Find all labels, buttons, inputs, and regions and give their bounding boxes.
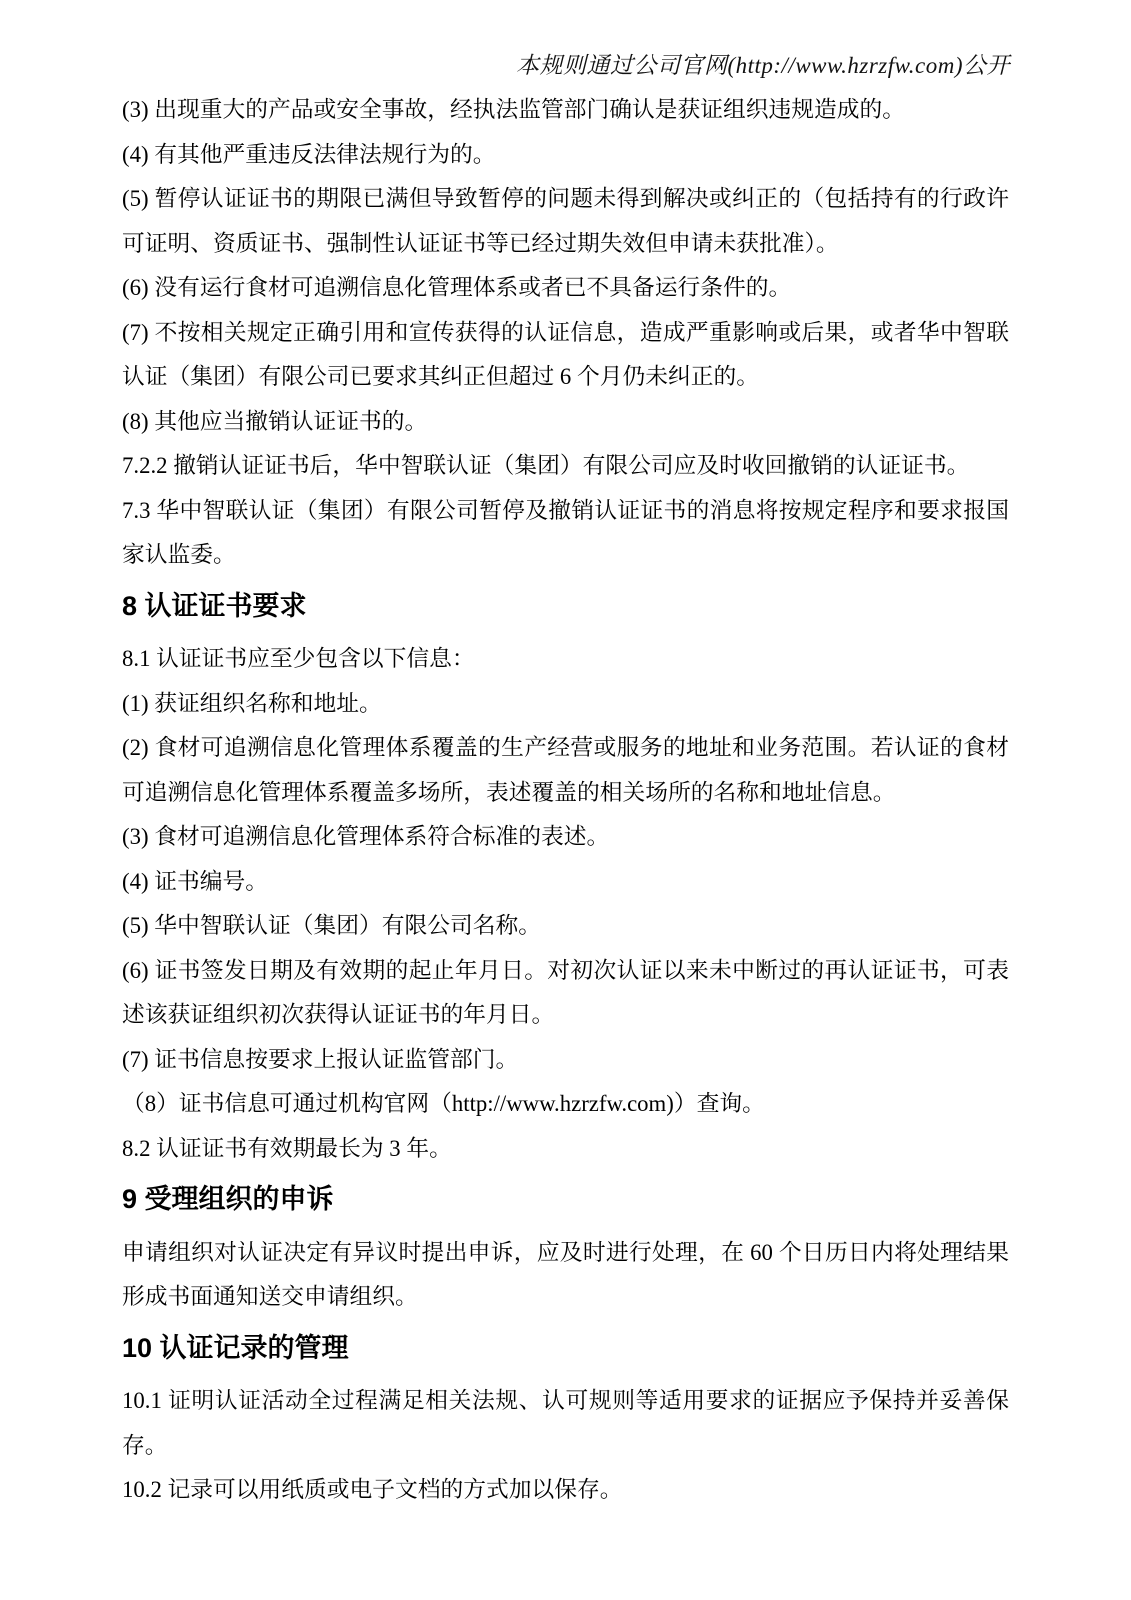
clause-8-1: 8.1 认证证书应至少包含以下信息： (122, 637, 1009, 682)
clause-7-2-1-item-8: (8) 其他应当撤销认证证书的。 (122, 400, 1009, 445)
clause-9-body: 申请组织对认证决定有异议时提出申诉，应及时进行处理，在 60 个日历日内将处理结… (122, 1231, 1009, 1320)
clause-10-2: 10.2 记录可以用纸质或电子文档的方式加以保存。 (122, 1468, 1009, 1513)
clause-8-1-item-8: （8）证书信息可通过机构官网（http://www.hzrzfw.com)）查询… (122, 1082, 1009, 1127)
clause-8-1-item-3: (3) 食材可追溯信息化管理体系符合标准的表述。 (122, 815, 1009, 860)
clause-10-1: 10.1 证明认证活动全过程满足相关法规、认可规则等适用要求的证据应予保持并妥善… (122, 1379, 1009, 1468)
clause-7-2-1-item-3: (3) 出现重大的产品或安全事故，经执法监管部门确认是获证组织违规造成的。 (122, 88, 1009, 133)
clause-7-2-1-item-6: (6) 没有运行食材可追溯信息化管理体系或者已不具备运行条件的。 (122, 266, 1009, 311)
section-8-heading: 8 认证证书要求 (122, 584, 1009, 629)
section-10-heading: 10 认证记录的管理 (122, 1326, 1009, 1371)
clause-7-2-1-item-4: (4) 有其他严重违反法律法规行为的。 (122, 133, 1009, 178)
clause-8-2: 8.2 认证证书有效期最长为 3 年。 (122, 1127, 1009, 1172)
page-header: 本规则通过公司官网(http://www.hzrzfw.com)公开 (0, 0, 1131, 82)
section-9-heading: 9 受理组织的申诉 (122, 1177, 1009, 1222)
clause-7-2-1-item-5: (5) 暂停认证证书的期限已满但导致暂停的问题未得到解决或纠正的（包括持有的行政… (122, 177, 1009, 266)
clause-8-1-item-6: (6) 证书签发日期及有效期的起止年月日。对初次认证以来未中断过的再认证证书，可… (122, 949, 1009, 1038)
clause-7-2-2: 7.2.2 撤销认证证书后，华中智联认证（集团）有限公司应及时收回撤销的认证证书… (122, 444, 1009, 489)
header-publication-note: 本规则通过公司官网(http://www.hzrzfw.com)公开 (516, 53, 1010, 78)
document-page: 本规则通过公司官网(http://www.hzrzfw.com)公开 (3) 出… (0, 0, 1131, 1600)
clause-7-3: 7.3 华中智联认证（集团）有限公司暂停及撤销认证证书的消息将按规定程序和要求报… (122, 489, 1009, 578)
clause-8-1-item-1: (1) 获证组织名称和地址。 (122, 682, 1009, 727)
document-body: (3) 出现重大的产品或安全事故，经执法监管部门确认是获证组织违规造成的。 (4… (0, 82, 1131, 1513)
clause-7-2-1-item-7: (7) 不按相关规定正确引用和宣传获得的认证信息，造成严重影响或后果，或者华中智… (122, 311, 1009, 400)
clause-8-1-item-5: (5) 华中智联认证（集团）有限公司名称。 (122, 904, 1009, 949)
clause-8-1-item-7: (7) 证书信息按要求上报认证监管部门。 (122, 1038, 1009, 1083)
clause-8-1-item-2: (2) 食材可追溯信息化管理体系覆盖的生产经营或服务的地址和业务范围。若认证的食… (122, 726, 1009, 815)
clause-8-1-item-4: (4) 证书编号。 (122, 860, 1009, 905)
